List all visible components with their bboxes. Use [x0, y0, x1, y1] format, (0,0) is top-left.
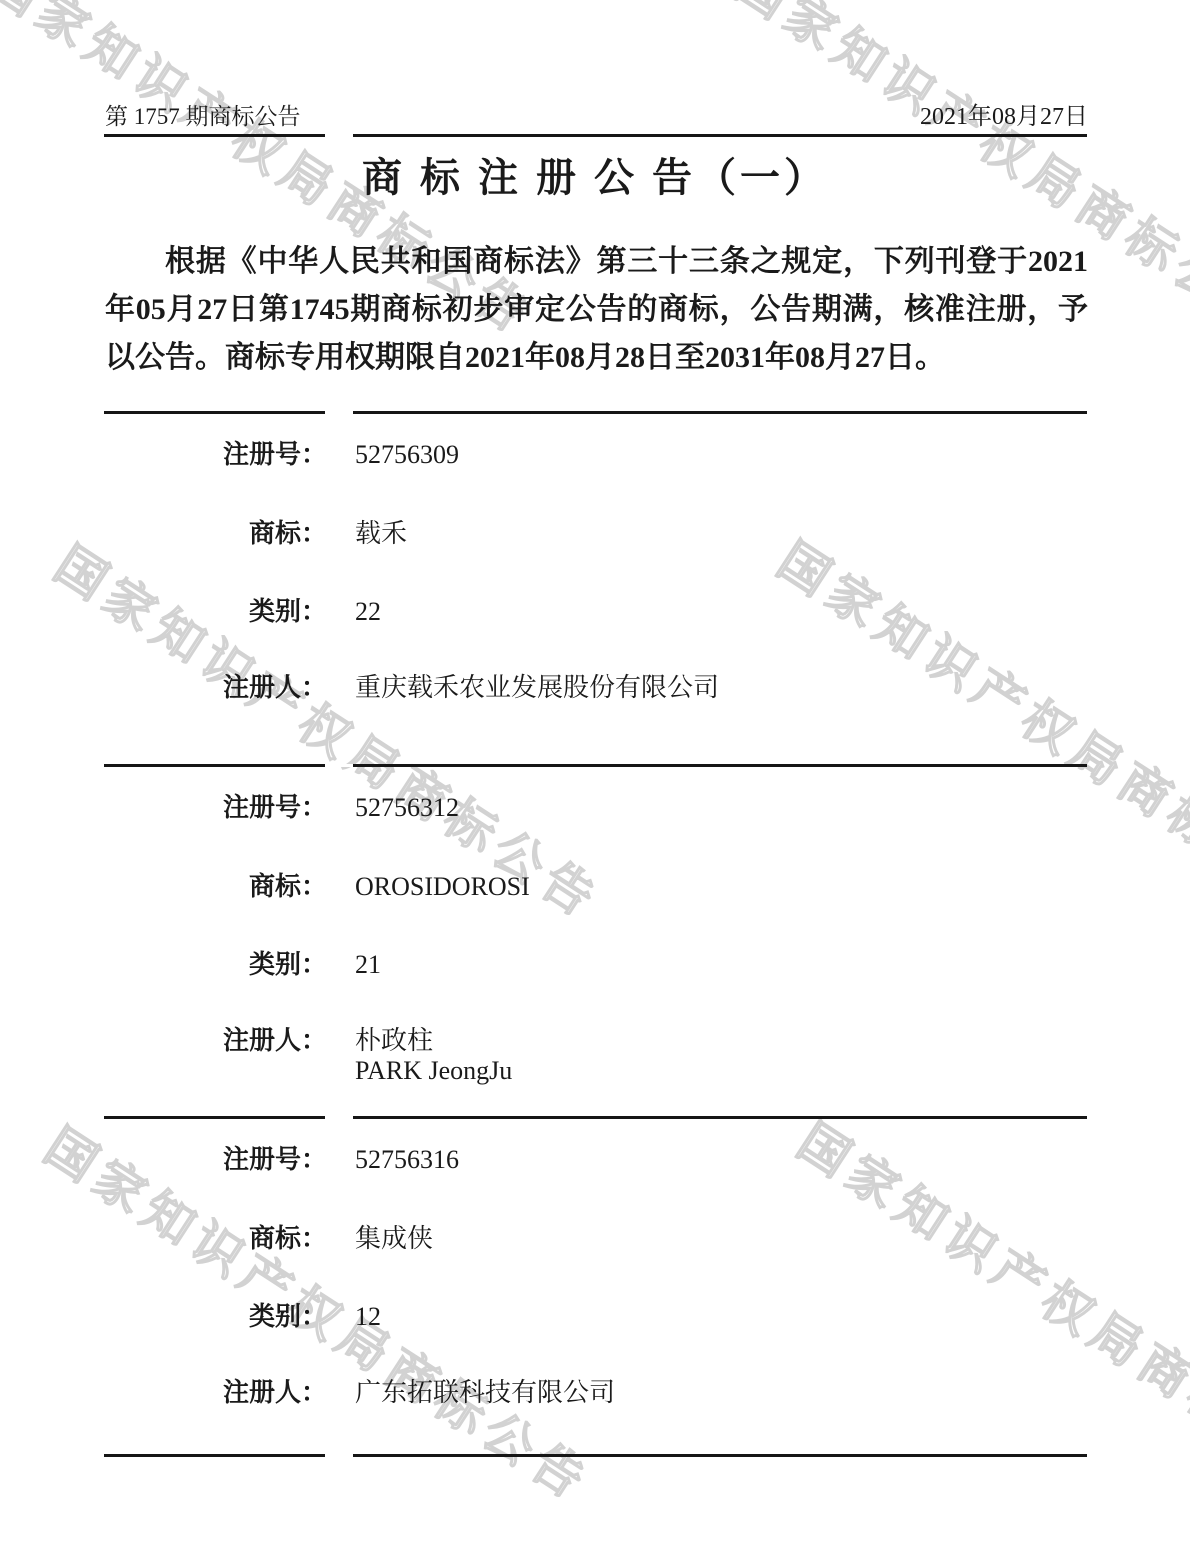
registrant-value: 广东拓联科技有限公司 [355, 1372, 615, 1409]
field-label: 商标： [105, 866, 327, 903]
page-title: 商 标 注 册 公 告（一） [0, 146, 1190, 203]
page-header: 第 1757 期商标公告 2021年08月27日 [105, 96, 1088, 131]
content-layer: 第 1757 期商标公告 2021年08月27日 商 标 注 册 公 告（一） … [0, 0, 1190, 1564]
header-rule [104, 134, 1087, 137]
field-label: 商标： [105, 1218, 327, 1255]
field-trademark: 商标： 载禾 [105, 513, 407, 550]
field-label: 商标： [105, 513, 327, 550]
field-class: 类别： 22 [105, 591, 381, 628]
registrant-latin-name: PARK JeongJu [355, 1056, 512, 1086]
header-issue-number: 第 1757 期商标公告 [105, 98, 301, 131]
field-label: 注册号： [105, 1139, 327, 1176]
field-label: 注册号： [105, 787, 327, 824]
field-registration-number: 注册号： 52756312 [105, 787, 459, 824]
trademark-value: 载禾 [355, 513, 407, 550]
field-registrant: 注册人： 重庆载禾农业发展股份有限公司 [105, 667, 719, 704]
registration-number-value: 52756312 [355, 793, 459, 823]
field-trademark: 商标： 集成侠 [105, 1218, 433, 1255]
field-class: 类别： 12 [105, 1296, 381, 1333]
class-value: 12 [355, 1302, 381, 1332]
rule-notch [325, 1454, 353, 1457]
registrant-value: 朴政柱 [355, 1020, 433, 1057]
field-label: 注册人： [105, 1020, 327, 1057]
trademark-value: OROSIDOROSI [355, 872, 530, 902]
field-trademark: 商标： OROSIDOROSI [105, 866, 530, 903]
registrant-value: 重庆载禾农业发展股份有限公司 [355, 667, 719, 704]
trademark-entry: 注册号： 52756309 商标： 载禾 类别： 22 注册人： 重庆载禾农业发… [105, 412, 1088, 764]
trademark-entry: 注册号： 52756316 商标： 集成侠 类别： 12 注册人： 广东拓联科技… [105, 1117, 1088, 1454]
bottom-rule [104, 1454, 1087, 1457]
field-label: 类别： [105, 944, 327, 981]
intro-paragraph: 根据《中华人民共和国商标法》第三十三条之规定，下列刊登于2021年05月27日第… [105, 238, 1088, 382]
field-label: 类别： [105, 1296, 327, 1333]
field-registration-number: 注册号： 52756309 [105, 434, 459, 471]
field-registration-number: 注册号： 52756316 [105, 1139, 459, 1176]
field-label: 注册人： [105, 1372, 327, 1409]
gazette-page: { "page": { "header": { "issue": "第 1757… [0, 0, 1190, 1564]
trademark-entry: 注册号： 52756312 商标： OROSIDOROSI 类别： 21 注册人… [105, 765, 1088, 1116]
registration-number-value: 52756316 [355, 1145, 459, 1175]
header-date: 2021年08月27日 [920, 96, 1088, 131]
trademark-value: 集成侠 [355, 1218, 433, 1255]
field-registrant: 注册人： 广东拓联科技有限公司 [105, 1372, 615, 1409]
rule-notch [325, 134, 353, 137]
field-label: 类别： [105, 591, 327, 628]
field-registrant: 注册人： 朴政柱 [105, 1020, 433, 1057]
registration-number-value: 52756309 [355, 440, 459, 470]
class-value: 21 [355, 950, 381, 980]
field-label: 注册号： [105, 434, 327, 471]
class-value: 22 [355, 597, 381, 627]
field-class: 类别： 21 [105, 944, 381, 981]
field-label: 注册人： [105, 667, 327, 704]
